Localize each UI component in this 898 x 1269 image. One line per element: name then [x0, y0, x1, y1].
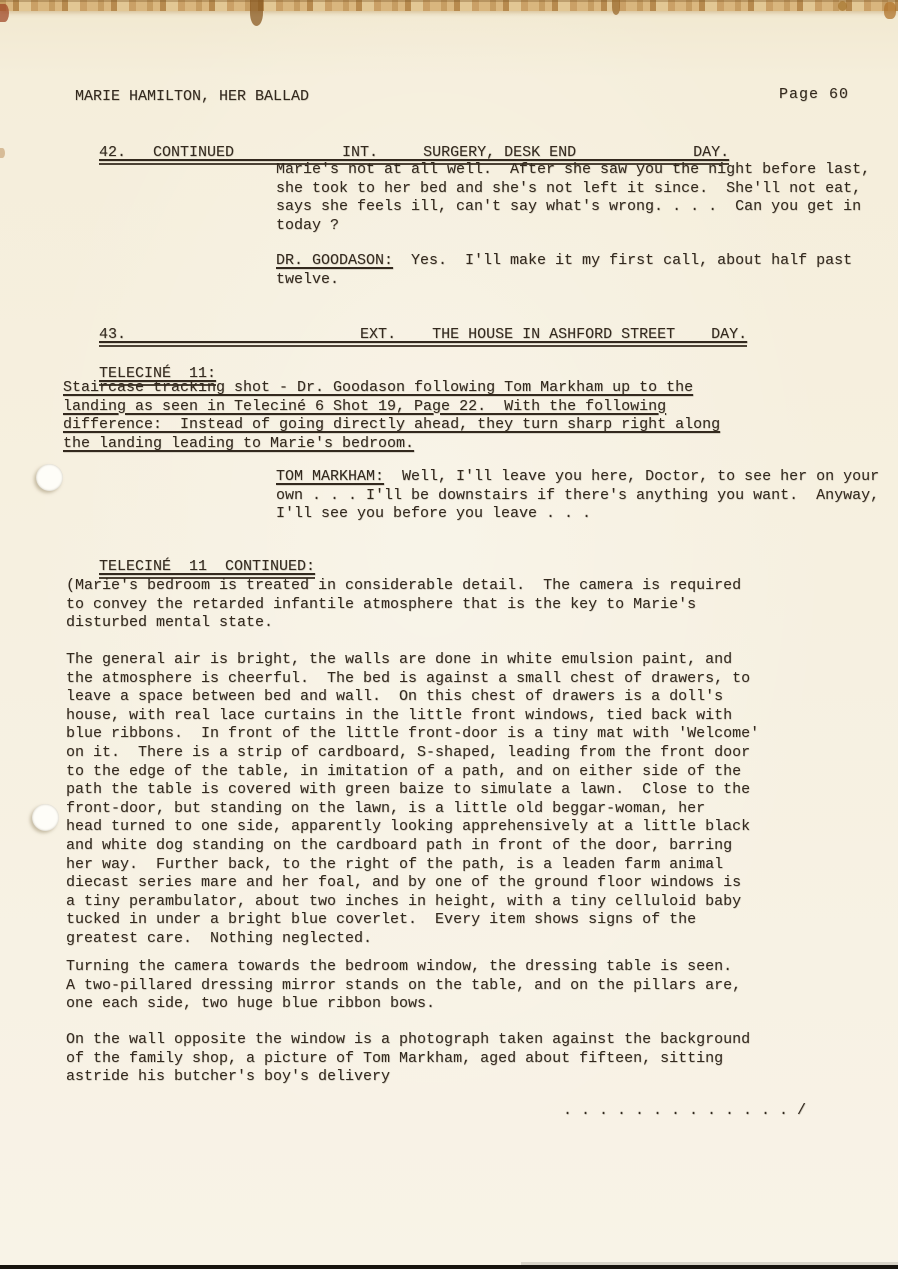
paragraph-turning-camera: Turning the camera towards the bedroom w…	[66, 958, 741, 1014]
paragraph-general-air: The general air is bright, the walls are…	[66, 651, 759, 949]
punch-hole-bottom	[32, 804, 59, 831]
dialogue-markham: TOM MARKHAM: Well, I'll leave you here, …	[276, 468, 879, 524]
stain	[612, 0, 620, 15]
paragraph-bedroom: (Marie's bedroom is treated in considera…	[66, 577, 741, 633]
page-top-edge	[0, 0, 898, 11]
stain	[884, 2, 896, 19]
stain	[0, 148, 5, 158]
telecine-direction: Staircase tracking shot - Dr. Goodason f…	[63, 379, 720, 453]
stain	[838, 1, 847, 11]
dialogue-goodason: DR. GOODASON: Yes. I'll make it my first…	[276, 252, 852, 289]
stain	[250, 0, 263, 26]
character-name-markham: TOM MARKHAM:	[276, 468, 384, 485]
script-page: MARIE HAMILTON, HER BALLAD Page 60 42. C…	[0, 0, 898, 1269]
character-name-goodason: DR. GOODASON:	[276, 252, 393, 269]
document-title: MARIE HAMILTON, HER BALLAD	[75, 88, 309, 107]
page-bottom-edge	[0, 1265, 898, 1269]
stain	[0, 4, 9, 22]
scene-heading-43-text: 43. EXT. THE HOUSE IN ASHFORD STREET DAY…	[99, 326, 747, 348]
paragraph-wall-photo: On the wall opposite the window is a pho…	[66, 1031, 750, 1087]
page-number: Page 60	[779, 86, 849, 105]
punch-hole-top	[36, 464, 63, 491]
dialogue-continued-speech: Marie's not at all well. After she saw y…	[276, 161, 870, 235]
continuation-dots: . . . . . . . . . . . . . /	[563, 1102, 806, 1121]
telecine-11-continued-text: TELECINÉ 11 CONTINUED:	[99, 558, 315, 580]
